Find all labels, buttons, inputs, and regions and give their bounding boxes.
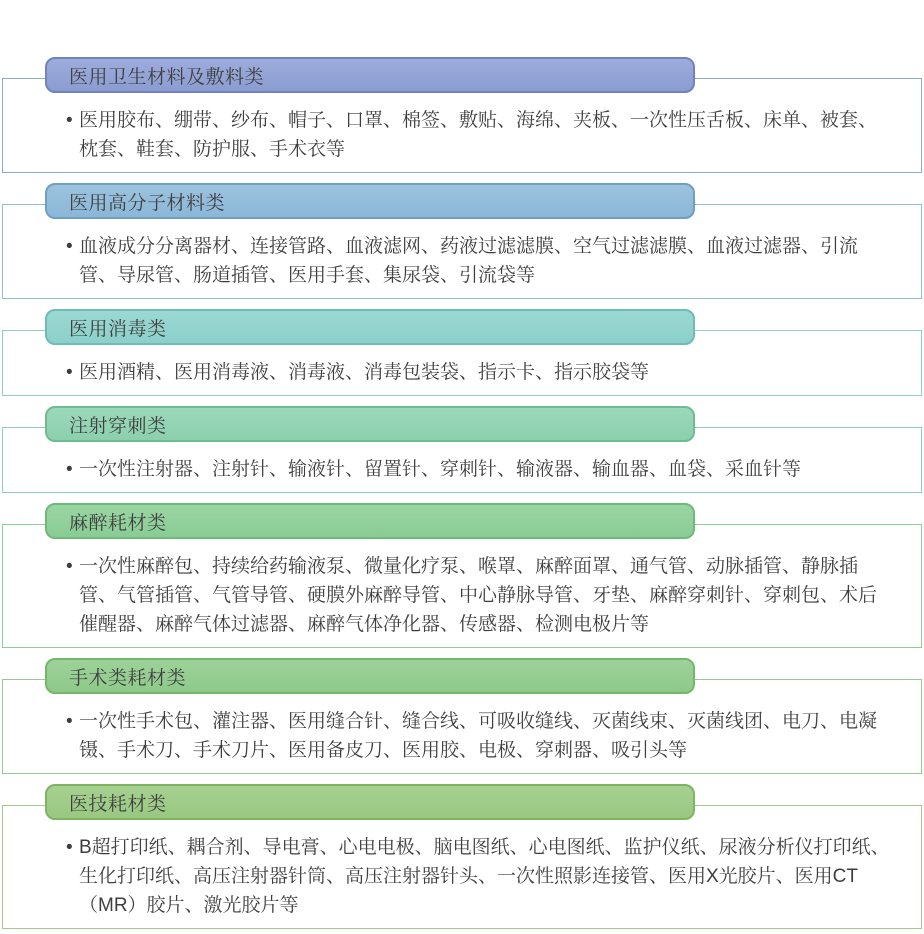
category-items: •一次性手术包、灌注器、医用缝合针、缝合线、可吸收缝线、灭菌线束、灭菌线团、电刀…	[66, 707, 891, 765]
category-section: 麻醉耗材类 •一次性麻醉包、持续给药输液泵、微量化疗泵、喉罩、麻醉面罩、通气管、…	[2, 503, 922, 648]
bullet-marker: •	[66, 707, 79, 736]
category-header: 手术类耗材类	[45, 658, 695, 694]
category-items-text: 医用酒精、医用消毒液、消毒液、消毒包装袋、指示卡、指示胶袋等	[79, 362, 649, 383]
category-title: 医用消毒类	[69, 314, 167, 341]
category-items: •血液成分分离器材、连接管路、血液滤网、药液过滤滤膜、空气过滤滤膜、血液过滤器、…	[66, 232, 891, 290]
category-section: 医用高分子材料类 •血液成分分离器材、连接管路、血液滤网、药液过滤滤膜、空气过滤…	[2, 183, 922, 299]
category-items: •一次性注射器、注射针、输液针、留置针、穿刺针、输液器、输血器、血袋、采血针等	[66, 455, 891, 484]
category-section: 医用卫生材料及敷料类 •医用胶布、绷带、纱布、帽子、口罩、棉签、敷贴、海绵、夹板…	[2, 57, 922, 173]
category-title: 麻醉耗材类	[69, 508, 167, 535]
category-section: 医技耗材类 •B超打印纸、耦合剂、导电膏、心电电极、脑电图纸、心电图纸、监护仪纸…	[2, 784, 922, 929]
bullet-marker: •	[66, 552, 79, 581]
category-header: 麻醉耗材类	[45, 503, 695, 539]
category-title: 注射穿刺类	[69, 411, 167, 438]
category-body: •一次性麻醉包、持续给药输液泵、微量化疗泵、喉罩、麻醉面罩、通气管、动脉插管、静…	[2, 524, 922, 648]
bullet-marker: •	[66, 358, 79, 387]
category-items-text: 一次性手术包、灌注器、医用缝合针、缝合线、可吸收缝线、灭菌线束、灭菌线团、电刀、…	[79, 711, 877, 761]
bullet-marker: •	[66, 833, 79, 862]
category-section: 注射穿刺类 •一次性注射器、注射针、输液针、留置针、穿刺针、输液器、输血器、血袋…	[2, 406, 922, 493]
category-section: 医用消毒类 •医用酒精、医用消毒液、消毒液、消毒包装袋、指示卡、指示胶袋等	[2, 309, 922, 396]
category-header: 医用消毒类	[45, 309, 695, 345]
category-section: 手术类耗材类 •一次性手术包、灌注器、医用缝合针、缝合线、可吸收缝线、灭菌线束、…	[2, 658, 922, 774]
category-header: 医用高分子材料类	[45, 183, 695, 219]
bullet-marker: •	[66, 232, 79, 261]
category-header: 医技耗材类	[45, 784, 695, 820]
category-header: 注射穿刺类	[45, 406, 695, 442]
bullet-marker: •	[66, 455, 79, 484]
category-header: 医用卫生材料及敷料类	[45, 57, 695, 93]
category-items-text: 一次性注射器、注射针、输液针、留置针、穿刺针、输液器、输血器、血袋、采血针等	[79, 459, 801, 480]
category-items: •B超打印纸、耦合剂、导电膏、心电电极、脑电图纸、心电图纸、监护仪纸、尿液分析仪…	[66, 833, 891, 920]
bullet-marker: •	[66, 106, 79, 135]
category-items-text: B超打印纸、耦合剂、导电膏、心电电极、脑电图纸、心电图纸、监护仪纸、尿液分析仪打…	[79, 837, 890, 916]
medical-consumables-category-list: 医用卫生材料及敷料类 •医用胶布、绷带、纱布、帽子、口罩、棉签、敷贴、海绵、夹板…	[0, 0, 924, 934]
category-title: 医用高分子材料类	[69, 188, 225, 215]
category-items-text: 医用胶布、绷带、纱布、帽子、口罩、棉签、敷贴、海绵、夹板、一次性压舌板、床单、被…	[79, 110, 877, 160]
category-items-text: 血液成分分离器材、连接管路、血液滤网、药液过滤滤膜、空气过滤滤膜、血液过滤器、引…	[79, 236, 858, 286]
category-title: 医技耗材类	[69, 789, 167, 816]
category-items: •一次性麻醉包、持续给药输液泵、微量化疗泵、喉罩、麻醉面罩、通气管、动脉插管、静…	[66, 552, 891, 639]
category-items: •医用酒精、医用消毒液、消毒液、消毒包装袋、指示卡、指示胶袋等	[66, 358, 891, 387]
category-items-text: 一次性麻醉包、持续给药输液泵、微量化疗泵、喉罩、麻醉面罩、通气管、动脉插管、静脉…	[79, 556, 877, 635]
category-items: •医用胶布、绷带、纱布、帽子、口罩、棉签、敷贴、海绵、夹板、一次性压舌板、床单、…	[66, 106, 891, 164]
category-body: •B超打印纸、耦合剂、导电膏、心电电极、脑电图纸、心电图纸、监护仪纸、尿液分析仪…	[2, 805, 922, 929]
category-title: 手术类耗材类	[69, 663, 186, 690]
category-title: 医用卫生材料及敷料类	[69, 62, 264, 89]
